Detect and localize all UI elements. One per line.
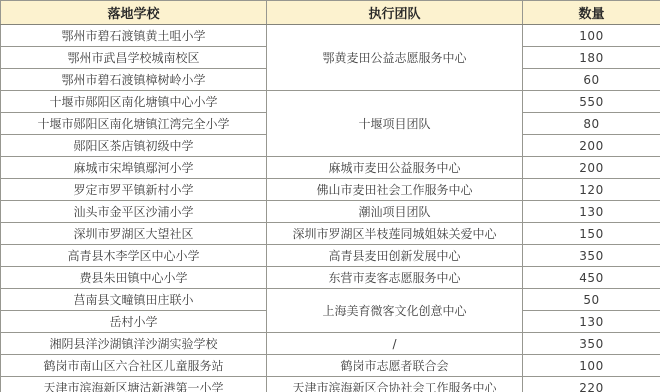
quantity-cell: 220 <box>523 377 660 392</box>
data-table: 落地学校执行团队数量 鄂州市碧石渡镇黄土咀小学鄂黄麦田公益志愿服务中心100鄂州… <box>0 0 660 392</box>
team-cell: 十堰项目团队 <box>267 91 523 157</box>
table-row: 罗定市罗平镇新村小学佛山市麦田社会工作服务中心120 <box>1 179 660 201</box>
quantity-cell: 100 <box>523 25 660 47</box>
team-cell: 天津市滨海新区合协社会工作服务中心 <box>267 377 523 392</box>
table-row: 汕头市金平区沙浦小学潮汕项目团队130 <box>1 201 660 223</box>
school-cell: 汕头市金平区沙浦小学 <box>1 201 267 223</box>
quantity-cell: 100 <box>523 355 660 377</box>
table-row: 麻城市宋埠镇鄢河小学麻城市麦田公益服务中心200 <box>1 157 660 179</box>
column-header-0: 落地学校 <box>1 1 267 25</box>
school-cell: 费县朱田镇中心小学 <box>1 267 267 289</box>
team-cell: 上海美育微客文化创意中心 <box>267 289 523 333</box>
school-cell: 鄂州市碧石渡镇樟树岭小学 <box>1 69 267 91</box>
quantity-cell: 80 <box>523 113 660 135</box>
team-cell: 东营市麦客志愿服务中心 <box>267 267 523 289</box>
table-row: 十堰市郧阳区南化塘镇中心小学十堰项目团队550 <box>1 91 660 113</box>
quantity-cell: 350 <box>523 245 660 267</box>
quantity-cell: 450 <box>523 267 660 289</box>
school-cell: 高青县木李学区中心小学 <box>1 245 267 267</box>
table-row: 费县朱田镇中心小学东营市麦客志愿服务中心450 <box>1 267 660 289</box>
table-row: 湘阴县洋沙湖镇洋沙湖实验学校/350 <box>1 333 660 355</box>
quantity-cell: 150 <box>523 223 660 245</box>
school-cell: 鹤岗市南山区六合社区儿童服务站 <box>1 355 267 377</box>
quantity-cell: 180 <box>523 47 660 69</box>
school-cell: 鄂州市武昌学校城南校区 <box>1 47 267 69</box>
school-cell: 莒南县文疃镇田庄联小 <box>1 289 267 311</box>
table-row: 深圳市罗湖区大望社区深圳市罗湖区半枝莲同城姐妹关爱中心150 <box>1 223 660 245</box>
team-cell: 麻城市麦田公益服务中心 <box>267 157 523 179</box>
team-cell: 佛山市麦田社会工作服务中心 <box>267 179 523 201</box>
quantity-cell: 60 <box>523 69 660 91</box>
quantity-cell: 200 <box>523 135 660 157</box>
table-row: 天津市滨海新区塘沽新港第一小学天津市滨海新区合协社会工作服务中心220 <box>1 377 660 392</box>
school-cell: 罗定市罗平镇新村小学 <box>1 179 267 201</box>
school-cell: 岳村小学 <box>1 311 267 333</box>
school-cell: 麻城市宋埠镇鄢河小学 <box>1 157 267 179</box>
quantity-cell: 130 <box>523 311 660 333</box>
school-cell: 郧阳区茶店镇初级中学 <box>1 135 267 157</box>
table-row: 鄂州市碧石渡镇黄土咀小学鄂黄麦田公益志愿服务中心100 <box>1 25 660 47</box>
quantity-cell: 350 <box>523 333 660 355</box>
school-cell: 湘阴县洋沙湖镇洋沙湖实验学校 <box>1 333 267 355</box>
school-cell: 天津市滨海新区塘沽新港第一小学 <box>1 377 267 392</box>
team-cell: 鹤岗市志愿者联合会 <box>267 355 523 377</box>
quantity-cell: 550 <box>523 91 660 113</box>
school-cell: 十堰市郧阳区南化塘镇江湾完全小学 <box>1 113 267 135</box>
team-cell: 鄂黄麦田公益志愿服务中心 <box>267 25 523 91</box>
school-cell: 十堰市郧阳区南化塘镇中心小学 <box>1 91 267 113</box>
table-row: 鹤岗市南山区六合社区儿童服务站鹤岗市志愿者联合会100 <box>1 355 660 377</box>
team-cell: 深圳市罗湖区半枝莲同城姐妹关爱中心 <box>267 223 523 245</box>
quantity-cell: 130 <box>523 201 660 223</box>
column-header-2: 数量 <box>523 1 660 25</box>
table-row: 莒南县文疃镇田庄联小上海美育微客文化创意中心50 <box>1 289 660 311</box>
school-cell: 深圳市罗湖区大望社区 <box>1 223 267 245</box>
table-row: 高青县木李学区中心小学高青县麦田创新发展中心350 <box>1 245 660 267</box>
school-team-quantity-table: 落地学校执行团队数量 鄂州市碧石渡镇黄土咀小学鄂黄麦田公益志愿服务中心100鄂州… <box>0 0 660 392</box>
table-header-row: 落地学校执行团队数量 <box>1 1 660 25</box>
quantity-cell: 200 <box>523 157 660 179</box>
team-cell: 潮汕项目团队 <box>267 201 523 223</box>
column-header-1: 执行团队 <box>267 1 523 25</box>
quantity-cell: 120 <box>523 179 660 201</box>
team-cell: 高青县麦田创新发展中心 <box>267 245 523 267</box>
school-cell: 鄂州市碧石渡镇黄土咀小学 <box>1 25 267 47</box>
team-cell: / <box>267 333 523 355</box>
quantity-cell: 50 <box>523 289 660 311</box>
